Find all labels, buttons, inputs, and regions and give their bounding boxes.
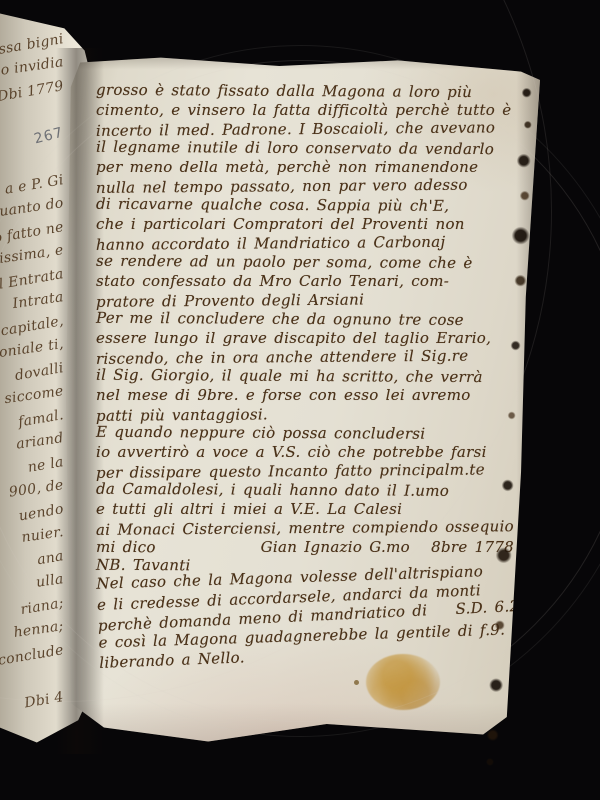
handwritten-text: grosso è stato fissato dalla Magona a lo… <box>96 82 520 674</box>
paragraph-4: Nel caso che la Magona volesse dell'altr… <box>96 560 523 674</box>
handwriting-line: grosso è stato fissato dalla Magona a lo… <box>96 81 520 103</box>
manuscript-photo: { "photo": { "background_color": "#07060… <box>0 0 600 800</box>
handwriting-line: di ricavarne qualche cosa. Sappia più ch… <box>96 195 520 217</box>
handwriting-line: il Sig. Giorgio, il quale mi ha scritto,… <box>96 366 520 388</box>
handwriting-line: e tutti gli altri i miei a V.E. La Cales… <box>96 500 520 519</box>
closing-row: mi dico Gian Ignazio G.mo 8bre 1778 <box>96 538 520 557</box>
handwriting-line: stato confessato da Mro Carlo Tenari, co… <box>96 272 520 291</box>
ink-stain <box>366 654 440 710</box>
handwriting-line: nel mese di 9bre. e forse con esso lei a… <box>96 386 520 405</box>
handwriting-line: che i particolari Compratori del Provent… <box>96 215 520 234</box>
handwriting-line: da Camaldolesi, i quali hanno dato il I.… <box>96 480 520 502</box>
paragraph-3: E quando neppure ciò possa concludersiio… <box>96 424 520 538</box>
manuscript-page: grosso è stato fissato dalla Magona a lo… <box>66 52 540 752</box>
handwriting-line: per meno della metà, perchè non rimanend… <box>96 158 520 177</box>
signature-date: Gian Ignazio G.mo 8bre 1778 <box>261 538 514 557</box>
handwriting-line: Per me il concludere che da ognuno tre c… <box>96 309 520 331</box>
handwriting-line: ai Monaci Cisterciensi, mentre compiendo… <box>96 517 520 540</box>
handwriting-line: il legname inutile di loro conservato da… <box>96 138 520 160</box>
handwriting-line: se rendere ad un paolo per soma, come ch… <box>96 252 520 274</box>
closing-phrase: mi dico <box>96 538 156 557</box>
handwriting-line: io avvertirò a voce a V.S. ciò che potre… <box>96 443 520 462</box>
handwriting-line: E quando neppure ciò possa concludersi <box>96 423 520 445</box>
fragment-line: Dbi 4 <box>0 689 66 745</box>
ink-stain-dot <box>354 680 359 685</box>
handwriting-line: essere lungo il grave discapito del tagl… <box>96 329 520 348</box>
paragraph-1: grosso è stato fissato dalla Magona a lo… <box>96 82 520 310</box>
handwriting-line: cimento, e vinsero la fatta difficoltà p… <box>96 101 520 120</box>
paragraph-2: Per me il concludere che da ognuno tre c… <box>96 310 520 424</box>
